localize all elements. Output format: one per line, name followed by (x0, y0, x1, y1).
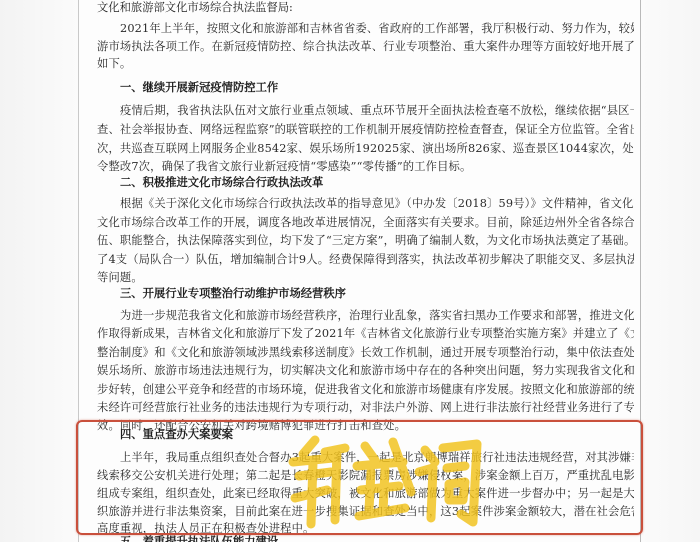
paragraph-line: 步好转，创建公平竞争和经营的市场环境，促进我省文化和旅游市场健康有序发展。按照文… (97, 383, 634, 397)
section-heading-3: 三、开展行业专项整治行动维护市场经营秩序 (120, 286, 346, 300)
paragraph-line: 疫情后期，我省执法队伍对文旅行业重点领域、重点环节展开全面执法检查毫不放松，继续… (97, 104, 634, 118)
paragraph-line: 织旅游并进行非法集资案，目前此案在进一步搜集证据和查处当中，这3起案件涉案金额较… (97, 505, 634, 519)
intro-line: 游市场执法各项工作。在新冠疫情防控、综合执法改革、行业专项整治、重大案件办理等方… (97, 40, 634, 54)
paragraph-line: 次，共巡查互联网上网服务企业8542家、娱乐场所192025家、演出场所826家… (97, 142, 634, 156)
intro-line: 2021年上半年，按照文化和旅游部和吉林省省委、省政府的工作部署，我厅积极行动、… (97, 22, 634, 36)
document-page: 文化和旅游部文化市场综合执法监督局: 2021年上半年，按照文化和旅游部和吉林省… (78, 0, 641, 542)
paragraph-line: 上半年，我局重点组织查处合督办3起重大案件，一起是北京朗博瑞祥旅行社违法违规经营… (97, 451, 634, 465)
paragraph-line: 整治制度》和《文化和旅游领域涉黑线索移送制度》长效工作机制，通过开展专项整治行动… (97, 346, 634, 360)
background-left (0, 0, 78, 542)
paragraph-line: 为进一步规范我省文化和旅游市场经营秩序，治理行业乱象，落实省扫黑办工作要求和部署… (97, 309, 634, 323)
paragraph-line: 伍、职能整合，执法保障落实到位，均下发了“三定方案”，明确了编制人数，为文化市场… (97, 234, 634, 248)
intro-line: 如下。 (97, 57, 634, 71)
section-heading-1: 一、继续开展新冠疫情防控工作 (120, 80, 278, 94)
paragraph-line: 线索移交公安机关进行处理；第二起是长春橙天影院漏报票房涉嫌侵权案，涉案金额上百万… (97, 469, 634, 483)
section-heading-5-cutoff: 五、着重提升执法队伍能力建设 (120, 534, 278, 542)
paragraph-line: 了4支（局队合一）队伍，增加编制合计9人。经费保障得到落实，执法改革初步解决了职… (97, 253, 634, 267)
background-right (641, 0, 700, 542)
section-heading-2: 二、积极推进文化市场综合行政执法改革 (120, 175, 323, 189)
paragraph-line: 组成专案组，组织查处，此案已经取得重大突破，被文化和旅游部做为重大案件进一步督办… (97, 487, 634, 501)
paragraph-line: 文化市场综合改革工作的开展，调度各地改革进展情况，全面落实有关要求。目前，除延边… (97, 216, 634, 230)
section-heading-4: 四、重点查办大案要案 (120, 427, 233, 441)
paragraph-line: 作取得新成果，吉林省文化和旅游厅下发了2021年《吉林省文化旅游行业专项整治实施… (97, 327, 634, 341)
paragraph-line: 查、社会举报协查、网络远程监察”的联管联控的工作机制开展疫情防控检查督查，保证全… (97, 123, 634, 137)
addressee: 文化和旅游部文化市场综合执法监督局: (97, 1, 293, 15)
paragraph-line: 等问题。 (97, 271, 634, 285)
paragraph-line: 未经许可经营旅行社业务的违法违规行为专项行动，对非法户外游、网上进行非法旅行社经… (97, 401, 634, 415)
paragraph-line: 根据《关于深化文化市场综合行政执法改革的指导意见》（中办发〔2018〕59号）》… (97, 197, 634, 211)
paragraph-line: 令整改7次，确保了我省文旅行业新冠疫情“零感染”“零传播”的工作目标。 (97, 160, 634, 174)
paragraph-line: 娱乐场所、旅游市场违法违规行为，切实解决文化和旅游市场中存在的各种突出问题，努力… (97, 364, 634, 378)
